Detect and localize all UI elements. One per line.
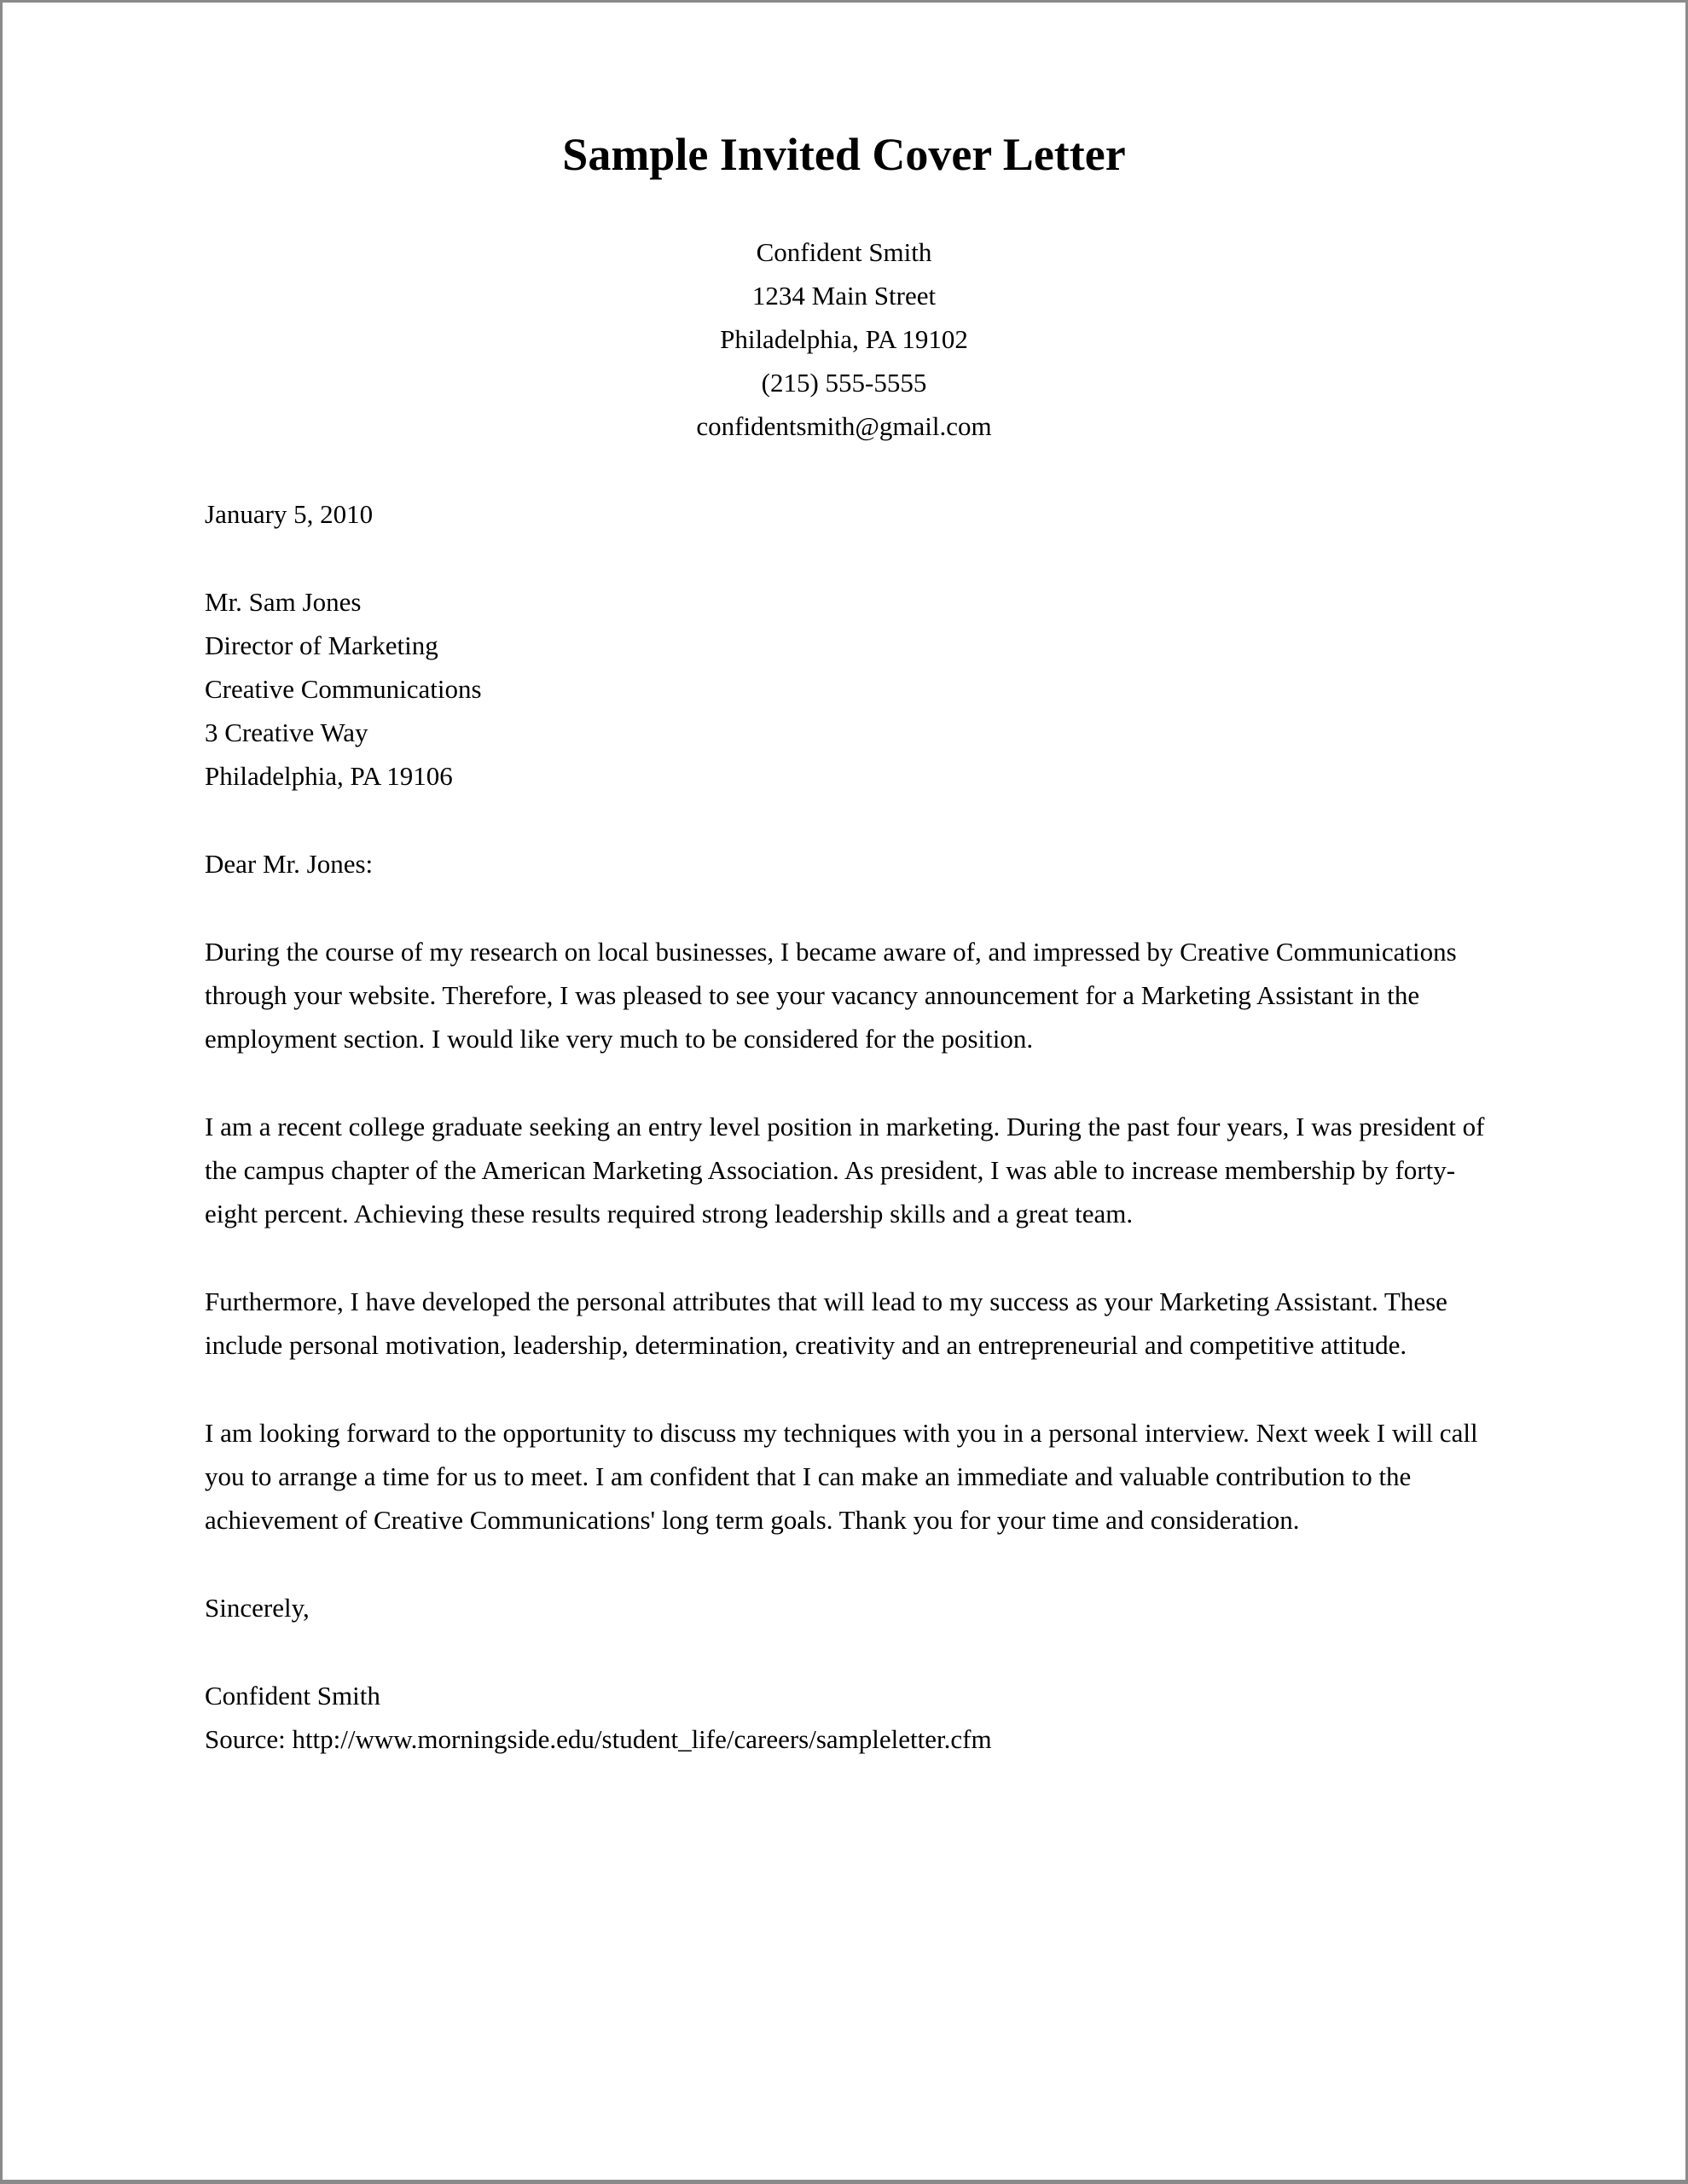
salutation-block: Dear Mr. Jones: xyxy=(205,842,1485,886)
body-paragraph-4: I am looking forward to the opportunity … xyxy=(205,1411,1485,1542)
recipient-name: Mr. Sam Jones xyxy=(205,580,1485,624)
recipient-city-state-zip: Philadelphia, PA 19106 xyxy=(205,754,1485,798)
page-title: Sample Invited Cover Letter xyxy=(3,127,1685,183)
body-paragraph-1: During the course of my research on loca… xyxy=(205,930,1485,1060)
date-block: January 5, 2010 xyxy=(205,492,1485,536)
valediction: Sincerely, xyxy=(205,1586,1485,1629)
sender-email: confidentsmith@gmail.com xyxy=(3,404,1685,448)
body-paragraph-3: Furthermore, I have developed the person… xyxy=(205,1280,1485,1367)
recipient-street: 3 Creative Way xyxy=(205,711,1485,754)
signature-name: Confident Smith xyxy=(205,1674,1485,1717)
recipient-company: Creative Communications xyxy=(205,667,1485,711)
sender-address-block: Confident Smith 1234 Main Street Philade… xyxy=(3,230,1685,448)
source-line: Source: http://www.morningside.edu/stude… xyxy=(205,1717,1485,1761)
body-paragraph-2: I am a recent college graduate seeking a… xyxy=(205,1105,1485,1235)
signature-block: Confident Smith Source: http://www.morni… xyxy=(205,1674,1485,1761)
valediction-block: Sincerely, xyxy=(205,1586,1485,1629)
sender-name: Confident Smith xyxy=(3,230,1685,274)
sender-phone: (215) 555-5555 xyxy=(3,361,1685,404)
letter-date: January 5, 2010 xyxy=(205,492,1485,536)
recipient-address-block: Mr. Sam Jones Director of Marketing Crea… xyxy=(205,580,1485,798)
salutation: Dear Mr. Jones: xyxy=(205,842,1485,886)
sender-city-state-zip: Philadelphia, PA 19102 xyxy=(3,317,1685,361)
sender-street: 1234 Main Street xyxy=(3,274,1685,317)
recipient-job-title: Director of Marketing xyxy=(205,624,1485,667)
letter-page: Sample Invited Cover Letter Confident Sm… xyxy=(0,0,1688,2184)
